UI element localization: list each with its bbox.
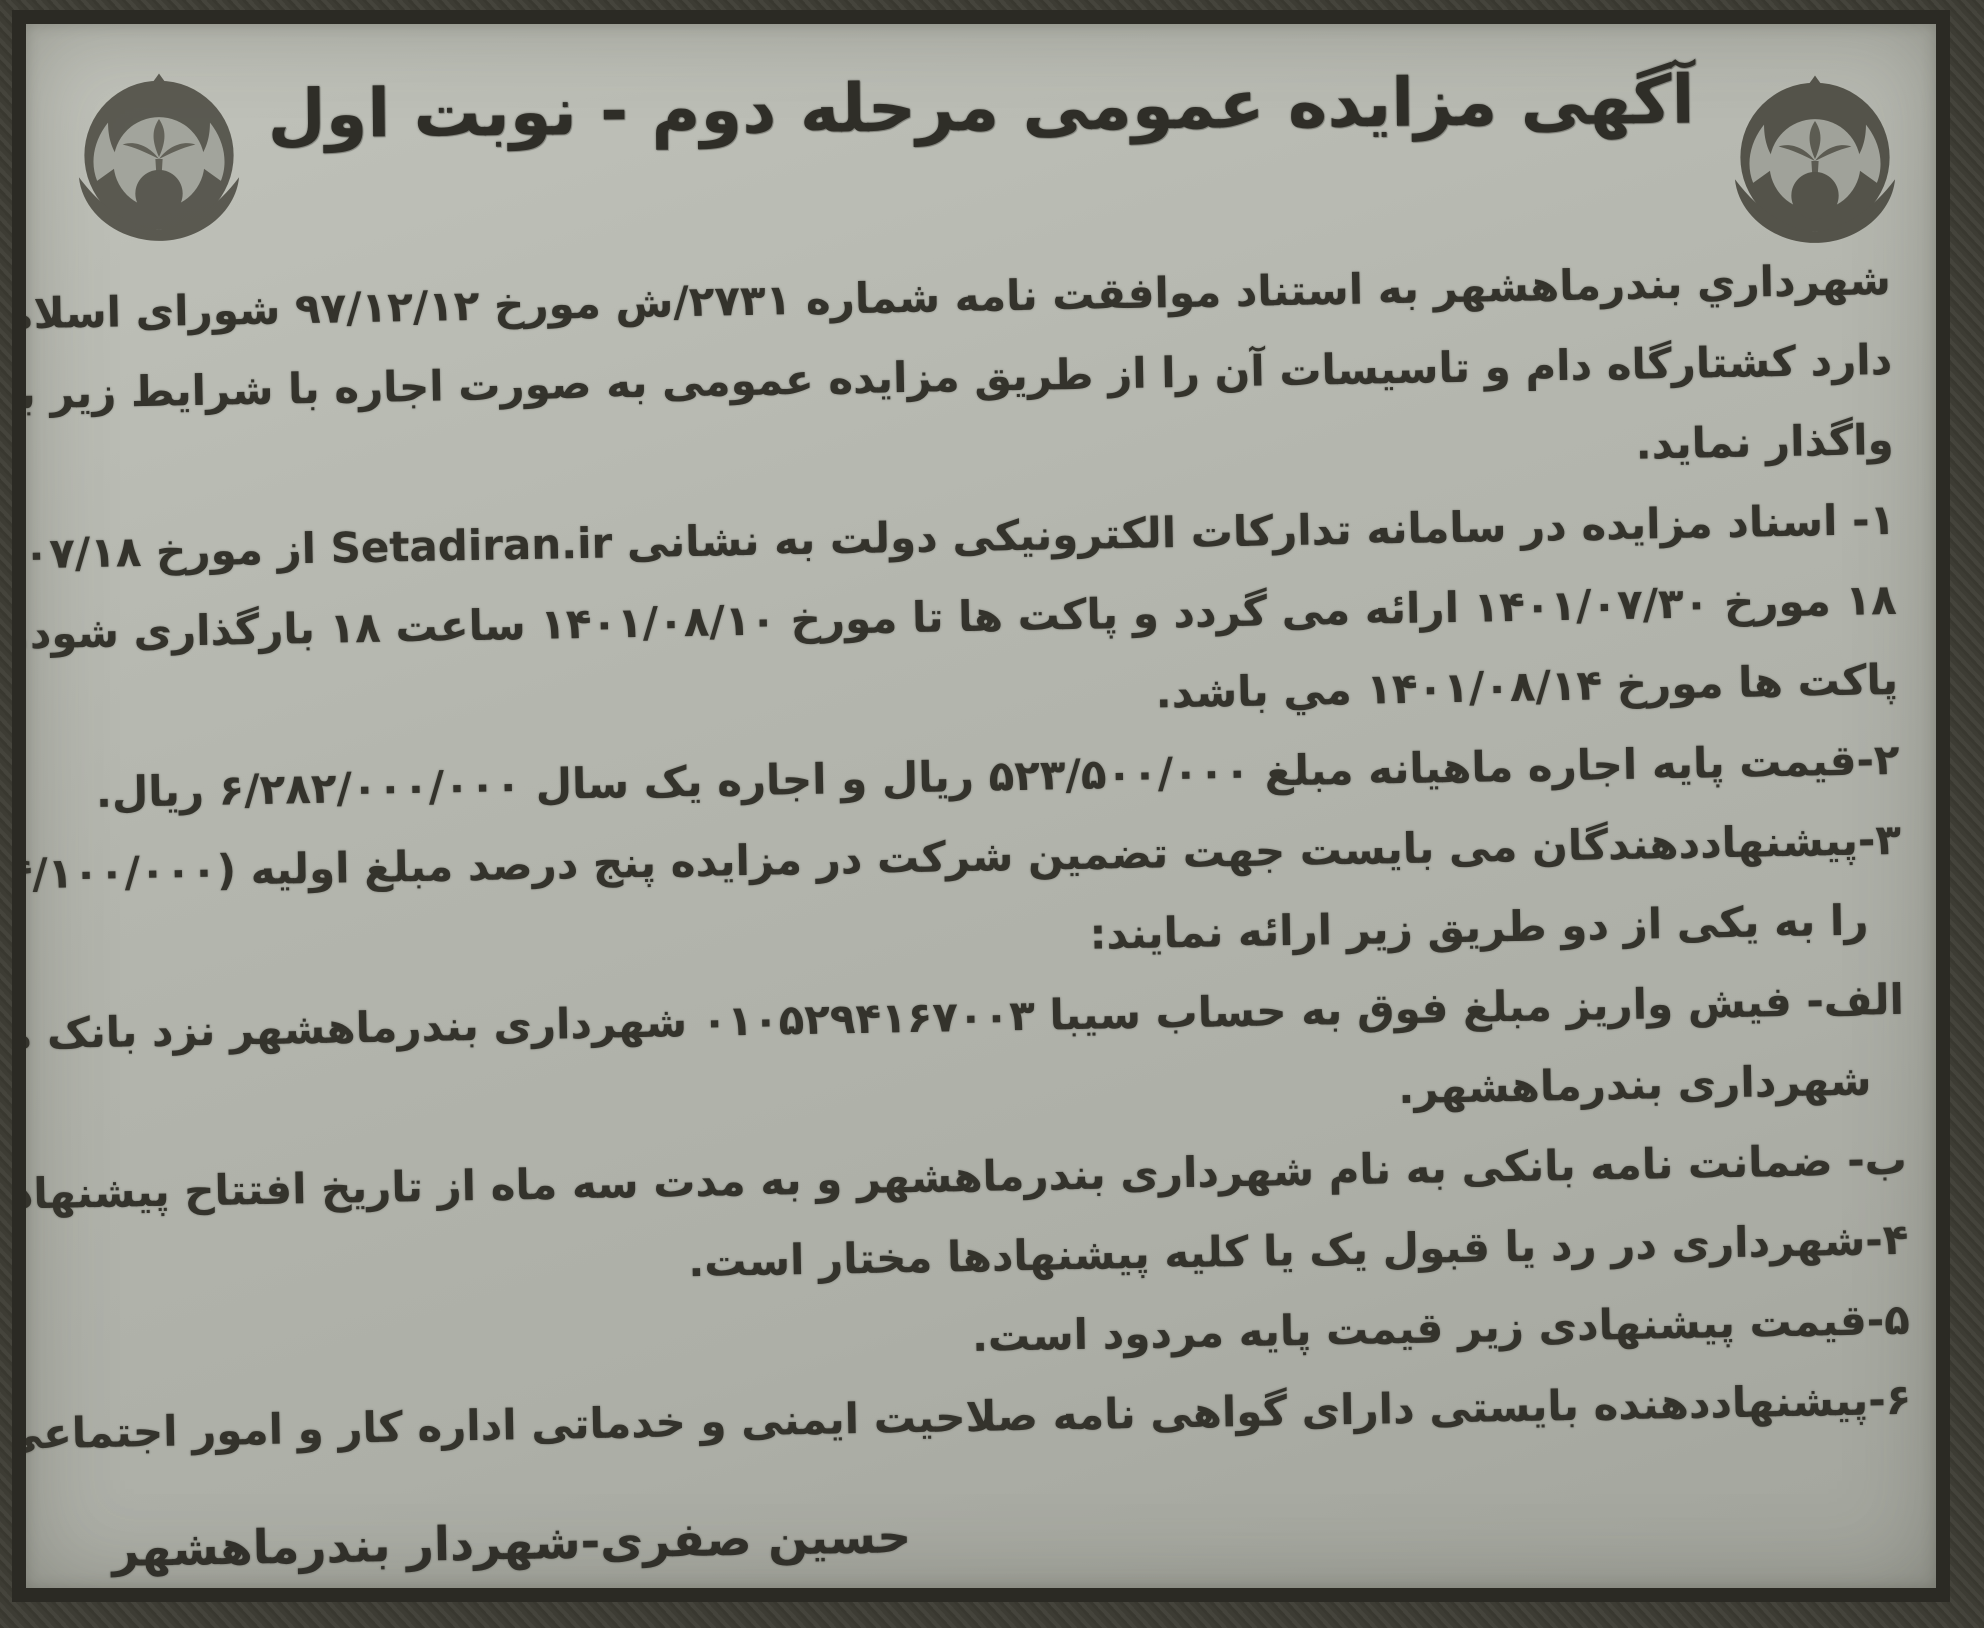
notice-paper: آگهی مزایده عمومی مرحله دوم - نوبت اول ش… bbox=[12, 10, 1950, 1602]
newspaper-ad-page: { "notice": { "title": "آگهی مزایده عموم… bbox=[0, 0, 1984, 1628]
mayor-signature: حسین صفری-شهردار بندرماهشهر bbox=[112, 1509, 912, 1578]
municipality-emblem-icon bbox=[1724, 68, 1906, 254]
notice-body: شهرداري بندرماهشهر به استناد موافقت نامه… bbox=[54, 240, 1912, 1473]
notice-title: آگهی مزایده عمومی مرحله دوم - نوبت اول bbox=[256, 60, 1707, 153]
municipality-emblem-icon bbox=[68, 66, 250, 252]
